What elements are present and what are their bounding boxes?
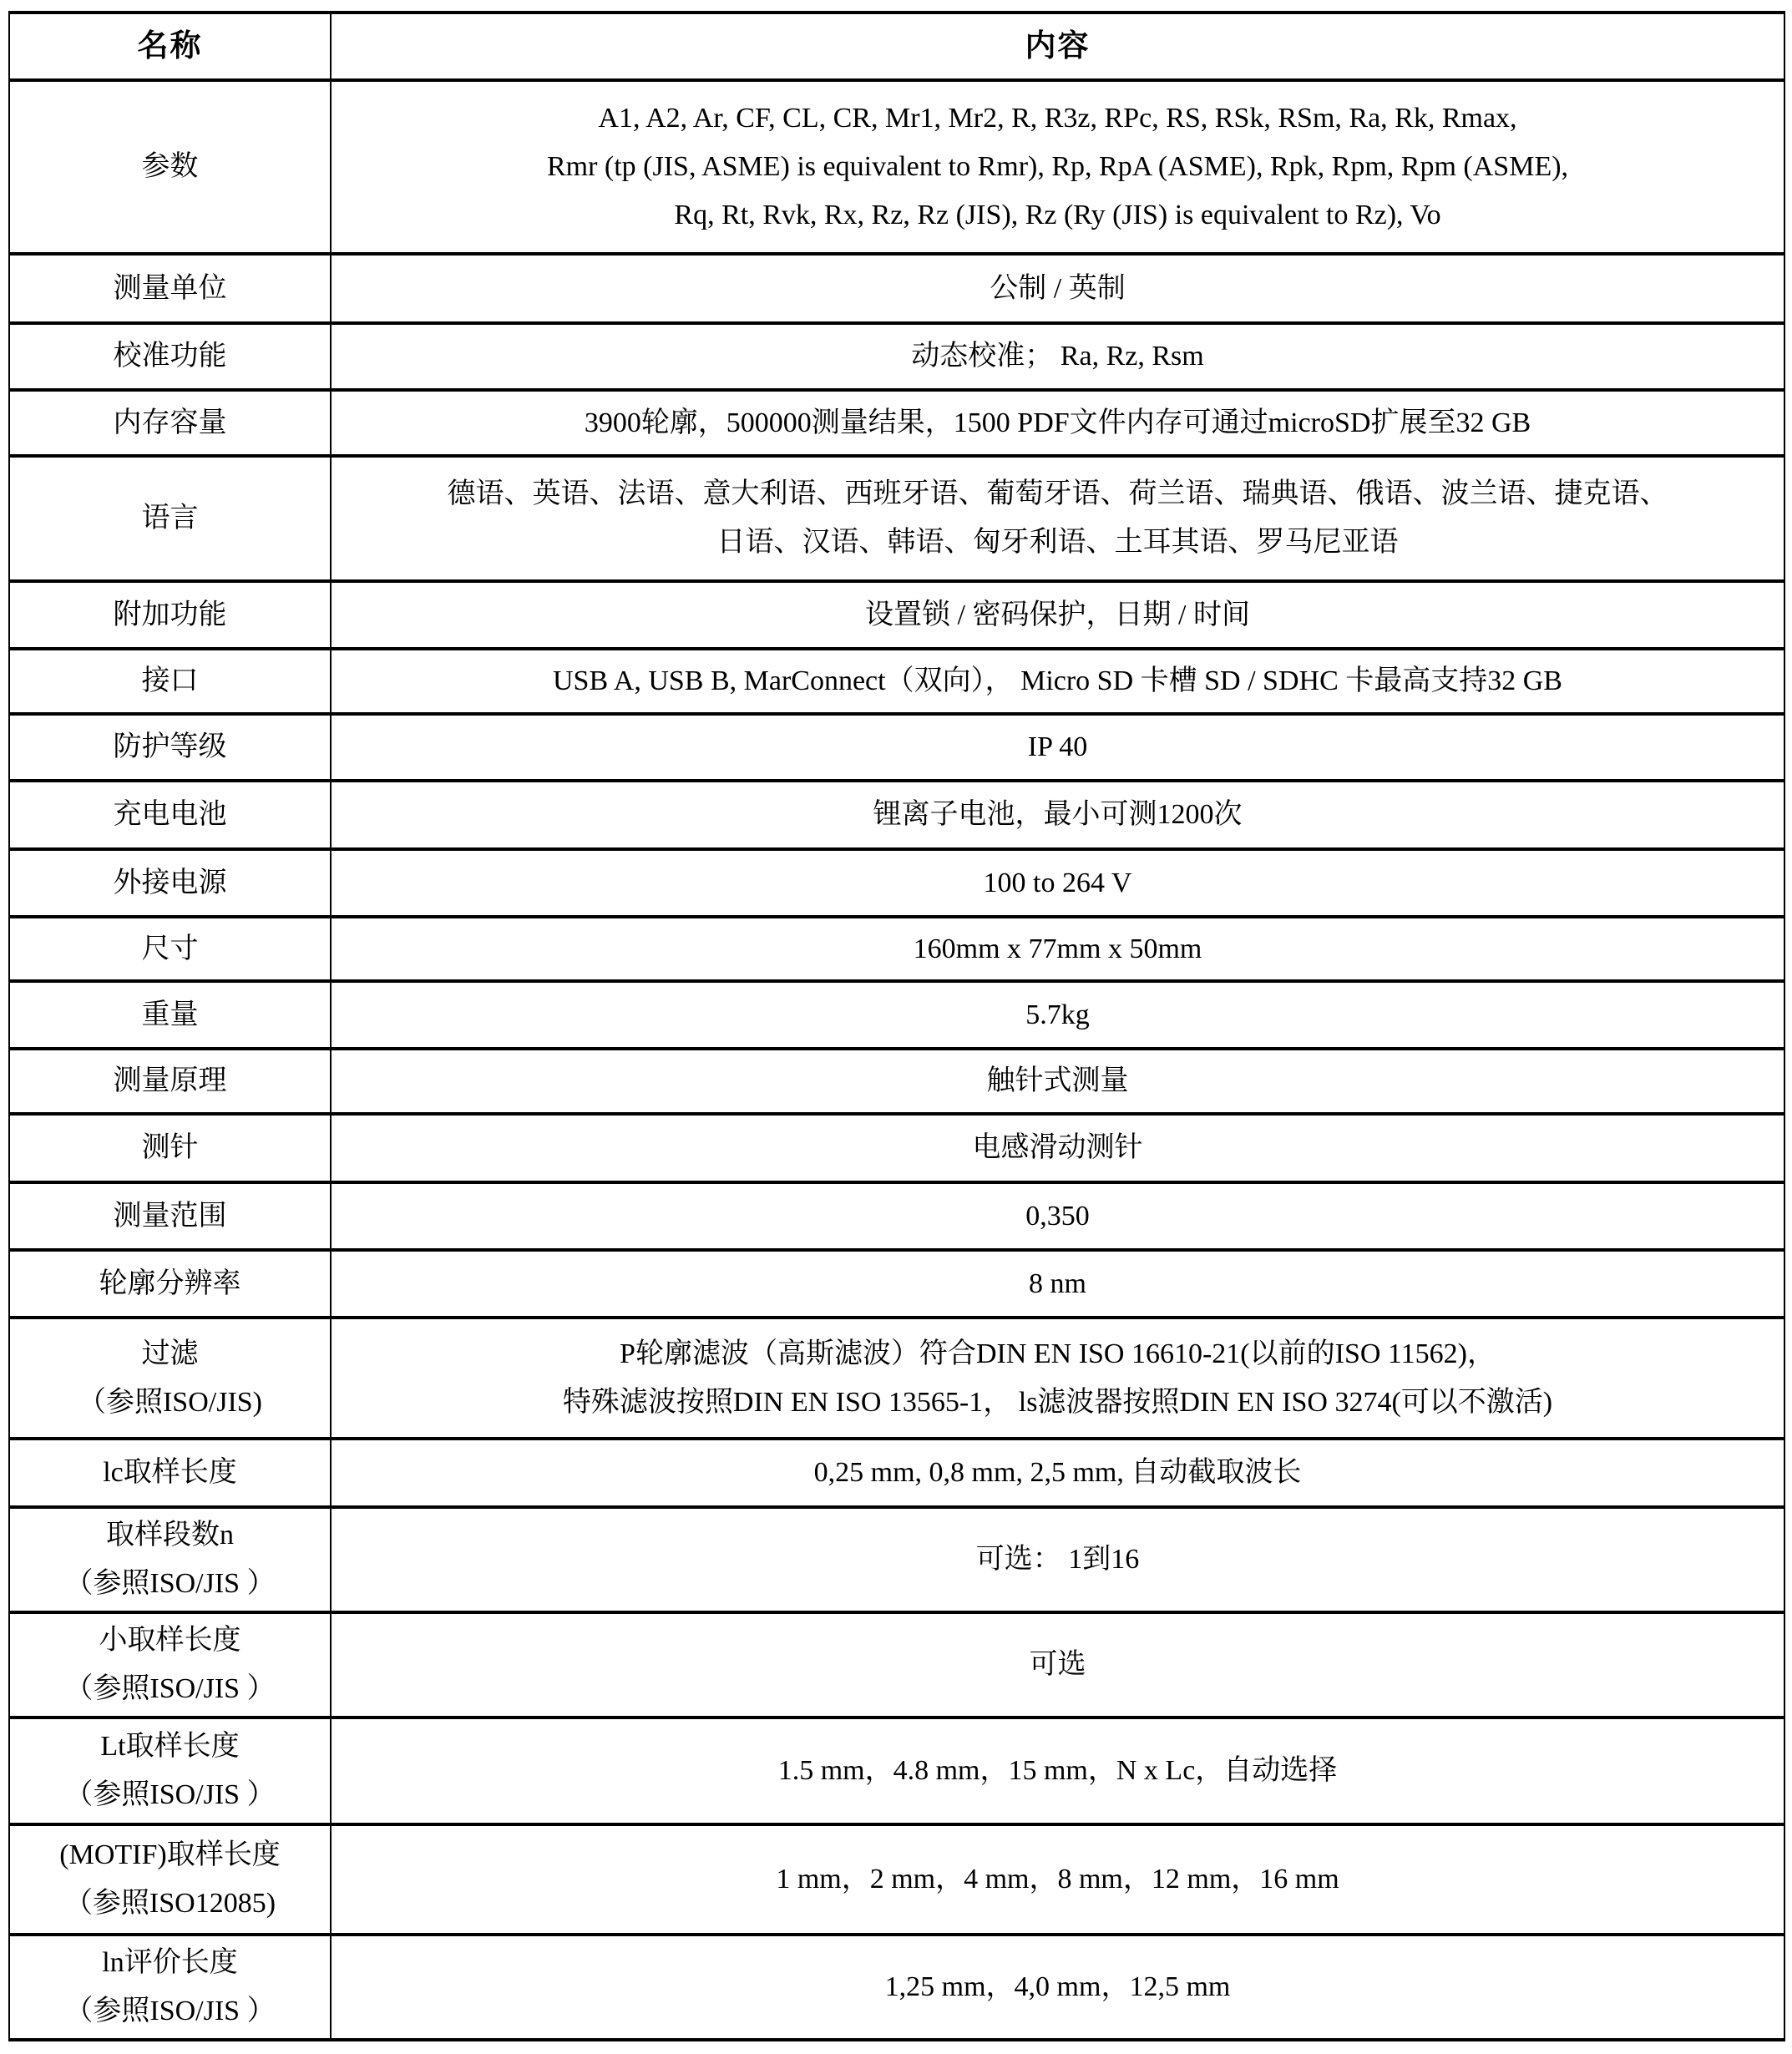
content-text-line: 动态校准； Ra, Rz, Rsm [332,332,1784,381]
table-row: 充电电池锂离子电池，最小可测1200次 [9,781,1784,849]
content-text-line: 公制 / 英制 [332,265,1784,313]
content-text-line: 100 to 264 V [332,859,1784,908]
row-label-cell: 轮廓分辨率 [9,1250,331,1318]
label-text-line: （参照ISO/JIS ） [10,1665,330,1713]
row-label-cell: 外接电源 [9,849,331,917]
content-text-line: P轮廓滤波（高斯滤波）符合DIN EN ISO 16610-21(以前的ISO … [332,1330,1784,1379]
table-row: 接口USB A, USB B, MarConnect（双向）， Micro SD… [9,649,1784,714]
content-text-line: 1,25 mm，4,0 mm，12,5 mm [332,1963,1784,2011]
row-content-cell: 1 mm，2 mm，4 mm，8 mm，12 mm，16 mm [331,1824,1784,1935]
label-text-line: 小取样长度 [10,1616,330,1665]
row-label-cell: 语言 [9,456,331,581]
table-row: lc取样长度0,25 mm, 0,8 mm, 2,5 mm, 自动截取波长 [9,1439,1784,1507]
row-content-cell: 动态校准； Ra, Rz, Rsm [331,323,1784,390]
content-text-line: 锂离子电池，最小可测1200次 [332,791,1784,839]
row-label-cell: 内存容量 [9,390,331,456]
row-label-cell: 附加功能 [9,581,331,649]
row-label-cell: 过滤（参照ISO/JIS) [9,1318,331,1439]
table-row: 过滤（参照ISO/JIS)P轮廓滤波（高斯滤波）符合DIN EN ISO 166… [9,1318,1784,1439]
row-label-cell: (MOTIF)取样长度（参照ISO12085) [9,1824,331,1935]
table-row: 语言德语、英语、法语、意大利语、西班牙语、葡萄牙语、荷兰语、瑞典语、俄语、波兰语… [9,456,1784,581]
row-label-cell: 充电电池 [9,781,331,849]
row-label-cell: 接口 [9,649,331,714]
label-text-line: Lt取样长度 [10,1723,330,1771]
label-text-line: 轮廓分辨率 [10,1260,330,1308]
header-name-cell: 名称 [9,13,331,80]
content-text-line: 电感滑动测针 [332,1124,1784,1172]
label-text-line: 测针 [10,1124,330,1172]
row-label-cell: lc取样长度 [9,1439,331,1507]
label-text-line: 语言 [10,494,330,543]
content-text-line: IP 40 [332,723,1784,772]
table-row: 外接电源100 to 264 V [9,849,1784,917]
label-text-line: 测量范围 [10,1192,330,1241]
table-row: 重量5.7kg [9,981,1784,1049]
label-text-line: 接口 [10,657,330,706]
table-row: 测量原理触针式测量 [9,1049,1784,1114]
label-text-line: 附加功能 [10,591,330,640]
label-text-line: 内存容量 [10,399,330,448]
row-content-cell: 160mm x 77mm x 50mm [331,917,1784,981]
row-content-cell: 3900轮廓，500000测量结果，1500 PDF文件内存可通过microSD… [331,390,1784,456]
content-text-line: 8 nm [332,1260,1784,1308]
table-row: 参数A1, A2, Ar, CF, CL, CR, Mr1, Mr2, R, R… [9,80,1784,254]
row-content-cell: 德语、英语、法语、意大利语、西班牙语、葡萄牙语、荷兰语、瑞典语、俄语、波兰语、捷… [331,456,1784,581]
content-text-line: 160mm x 77mm x 50mm [332,925,1784,974]
table-row: ln评价长度（参照ISO/JIS ）1,25 mm，4,0 mm，12,5 mm [9,1935,1784,2040]
content-text-line: A1, A2, Ar, CF, CL, CR, Mr1, Mr2, R, R3z… [332,94,1784,143]
row-content-cell: 公制 / 英制 [331,254,1784,323]
row-label-cell: 重量 [9,981,331,1049]
table-row: 测量单位公制 / 英制 [9,254,1784,323]
table-row: 轮廓分辨率8 nm [9,1250,1784,1318]
content-text-line: 设置锁 / 密码保护，日期 / 时间 [332,591,1784,640]
row-content-cell: 触针式测量 [331,1049,1784,1114]
content-text-line: 0,25 mm, 0,8 mm, 2,5 mm, 自动截取波长 [332,1449,1784,1497]
table-row: 内存容量3900轮廓，500000测量结果，1500 PDF文件内存可通过mic… [9,390,1784,456]
label-text-line: 防护等级 [10,723,330,772]
content-text-line: 0,350 [332,1192,1784,1241]
table-row: 小取样长度（参照ISO/JIS ）可选 [9,1612,1784,1718]
label-text-line: ln评价长度 [10,1939,330,1987]
row-label-cell: 校准功能 [9,323,331,390]
content-text-line: 日语、汉语、韩语、匈牙利语、土耳其语、罗马尼亚语 [332,519,1784,567]
row-content-cell: 0,350 [331,1182,1784,1250]
row-content-cell: 8 nm [331,1250,1784,1318]
row-label-cell: 防护等级 [9,714,331,781]
header-name-label: 名称 [10,23,330,71]
row-label-cell: 测针 [9,1114,331,1182]
content-text-line: 可选： 1到16 [332,1535,1784,1584]
label-text-line: （参照ISO12085) [10,1879,330,1928]
row-content-cell: USB A, USB B, MarConnect（双向）， Micro SD 卡… [331,649,1784,714]
table-row: (MOTIF)取样长度（参照ISO12085)1 mm，2 mm，4 mm，8 … [9,1824,1784,1935]
label-text-line: 过滤 [10,1330,330,1379]
label-text-line: （参照ISO/JIS) [10,1379,330,1427]
label-text-line: 测量原理 [10,1057,330,1105]
row-content-cell: 5.7kg [331,981,1784,1049]
label-text-line: 尺寸 [10,925,330,974]
spec-table: 名称 内容 参数A1, A2, Ar, CF, CL, CR, Mr1, Mr2… [8,11,1785,2041]
row-label-cell: 测量原理 [9,1049,331,1114]
content-text-line: USB A, USB B, MarConnect（双向）， Micro SD 卡… [332,657,1784,706]
row-content-cell: 100 to 264 V [331,849,1784,917]
spec-table-body: 参数A1, A2, Ar, CF, CL, CR, Mr1, Mr2, R, R… [9,80,1784,2040]
label-text-line: 校准功能 [10,332,330,381]
label-text-line: lc取样长度 [10,1449,330,1497]
label-text-line: （参照ISO/JIS ） [10,1771,330,1819]
label-text-line: （参照ISO/JIS ） [10,1560,330,1608]
table-row: 附加功能设置锁 / 密码保护，日期 / 时间 [9,581,1784,649]
label-text-line: 取样段数n [10,1511,330,1560]
table-row: Lt取样长度（参照ISO/JIS ）1.5 mm，4.8 mm，15 mm，N … [9,1718,1784,1824]
content-text-line: Rmr (tp (JIS, ASME) is equivalent to Rmr… [332,143,1784,191]
label-text-line: 充电电池 [10,791,330,839]
header-content-cell: 内容 [331,13,1784,80]
row-label-cell: ln评价长度（参照ISO/JIS ） [9,1935,331,2040]
table-row: 测针电感滑动测针 [9,1114,1784,1182]
label-text-line: 外接电源 [10,859,330,908]
row-content-cell: A1, A2, Ar, CF, CL, CR, Mr1, Mr2, R, R3z… [331,80,1784,254]
header-content-label: 内容 [332,23,1784,71]
content-text-line: 可选 [332,1641,1784,1689]
label-text-line: (MOTIF)取样长度 [10,1831,330,1879]
row-content-cell: 1.5 mm，4.8 mm，15 mm，N x Lc，自动选择 [331,1718,1784,1824]
row-content-cell: 锂离子电池，最小可测1200次 [331,781,1784,849]
row-label-cell: 测量单位 [9,254,331,323]
row-content-cell: 可选： 1到16 [331,1507,1784,1612]
row-label-cell: 参数 [9,80,331,254]
content-text-line: 1.5 mm，4.8 mm，15 mm，N x Lc，自动选择 [332,1747,1784,1795]
table-row: 取样段数n（参照ISO/JIS ）可选： 1到16 [9,1507,1784,1612]
row-content-cell: 电感滑动测针 [331,1114,1784,1182]
row-content-cell: 可选 [331,1612,1784,1718]
label-text-line: （参照ISO/JIS ） [10,1987,330,2036]
row-label-cell: 取样段数n（参照ISO/JIS ） [9,1507,331,1612]
row-label-cell: Lt取样长度（参照ISO/JIS ） [9,1718,331,1824]
content-text-line: 5.7kg [332,991,1784,1040]
label-text-line: 测量单位 [10,265,330,313]
row-content-cell: 1,25 mm，4,0 mm，12,5 mm [331,1935,1784,2040]
content-text-line: 触针式测量 [332,1057,1784,1105]
header-row: 名称 内容 [9,13,1784,80]
content-text-line: 德语、英语、法语、意大利语、西班牙语、葡萄牙语、荷兰语、瑞典语、俄语、波兰语、捷… [332,470,1784,519]
content-text-line: Rq, Rt, Rvk, Rx, Rz, Rz (JIS), Rz (Ry (J… [332,191,1784,240]
content-text-line: 1 mm，2 mm，4 mm，8 mm，12 mm，16 mm [332,1855,1784,1904]
content-text-line: 特殊滤波按照DIN EN ISO 13565-1， ls滤波器按照DIN EN … [332,1379,1784,1427]
content-text-line: 3900轮廓，500000测量结果，1500 PDF文件内存可通过microSD… [332,399,1784,448]
row-label-cell: 小取样长度（参照ISO/JIS ） [9,1612,331,1718]
row-label-cell: 尺寸 [9,917,331,981]
table-row: 尺寸160mm x 77mm x 50mm [9,917,1784,981]
table-row: 防护等级IP 40 [9,714,1784,781]
label-text-line: 参数 [10,143,330,191]
table-row: 校准功能动态校准； Ra, Rz, Rsm [9,323,1784,390]
row-label-cell: 测量范围 [9,1182,331,1250]
row-content-cell: P轮廓滤波（高斯滤波）符合DIN EN ISO 16610-21(以前的ISO … [331,1318,1784,1439]
row-content-cell: IP 40 [331,714,1784,781]
row-content-cell: 0,25 mm, 0,8 mm, 2,5 mm, 自动截取波长 [331,1439,1784,1507]
row-content-cell: 设置锁 / 密码保护，日期 / 时间 [331,581,1784,649]
table-row: 测量范围0,350 [9,1182,1784,1250]
label-text-line: 重量 [10,991,330,1040]
